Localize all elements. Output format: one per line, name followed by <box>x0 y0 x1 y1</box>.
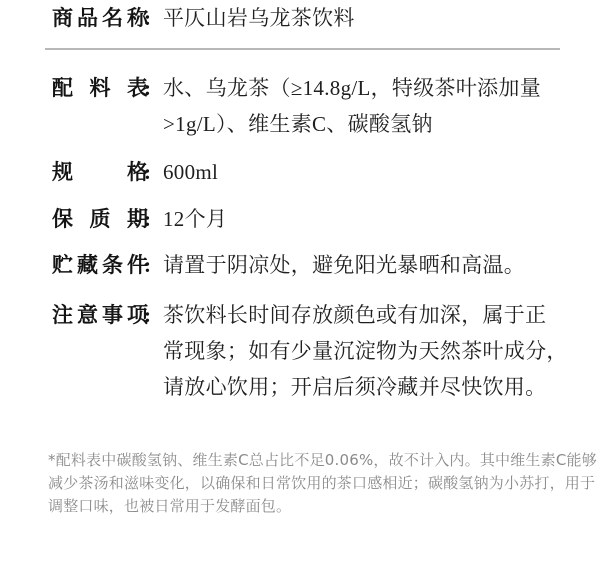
row-label-wrap: 商品名称: <box>52 0 163 36</box>
row-label: 配料表 <box>52 70 148 106</box>
value-line: >1g/L）、维生素C、碳酸氢钠 <box>163 106 560 142</box>
value-line: 常现象；如有少量沉淀物为天然茶叶成分， <box>163 333 568 369</box>
row-label: 规格 <box>52 154 148 190</box>
label-colon: : <box>144 253 151 277</box>
row-label: 商品名称 <box>52 0 148 36</box>
row-value: 12个月 <box>163 201 560 237</box>
spec-row-storage: 贮藏条件: 请置于阴凉处，避免阳光暴晒和高温。 <box>52 247 560 283</box>
footnote-line: 调整口味，也被日常用于发酵面包。 <box>48 495 564 518</box>
spec-row-size: 规格: 600ml <box>52 154 560 190</box>
row-label-wrap: 规格: <box>52 154 163 190</box>
row-value: 平仄山岩乌龙茶饮料 <box>163 0 560 36</box>
row-label-wrap: 配料表: <box>52 70 163 106</box>
value-line: 水、乌龙茶（≥14.8g/L，特级茶叶添加量 <box>163 70 560 106</box>
value-line: 请放心饮用；开启后须冷藏并尽快饮用。 <box>163 369 568 405</box>
footnote-line: *配料表中碳酸氢钠、维生素C总占比不足0.06%，故不计入内。其中维生素C能够 <box>48 449 564 472</box>
row-label-wrap: 贮藏条件: <box>52 247 163 283</box>
section-divider <box>45 48 560 50</box>
footnote-line: 减少茶汤和滋味变化，以确保和日常饮用的茶口感相近；碳酸氢钠为小苏打，用于 <box>48 472 564 495</box>
label-colon: : <box>144 6 151 30</box>
value-line: 12个月 <box>163 201 560 237</box>
value-line: 600ml <box>163 154 560 190</box>
row-value: 请置于阴凉处，避免阳光暴晒和高温。 <box>163 247 560 283</box>
label-colon: : <box>144 160 151 184</box>
value-line: 茶饮料长时间存放颜色或有加深，属于正 <box>163 297 568 333</box>
value-line: 请置于阴凉处，避免阳光暴晒和高温。 <box>163 247 560 283</box>
spec-row-product-name: 商品名称: 平仄山岩乌龙茶饮料 <box>52 0 560 36</box>
spec-row-shelf-life: 保质期: 12个月 <box>52 201 560 237</box>
row-value: 水、乌龙茶（≥14.8g/L，特级茶叶添加量 >1g/L）、维生素C、碳酸氢钠 <box>163 70 560 142</box>
spec-row-ingredients: 配料表: 水、乌龙茶（≥14.8g/L，特级茶叶添加量 >1g/L）、维生素C、… <box>52 70 560 142</box>
row-value: 600ml <box>163 154 560 190</box>
row-value: 茶饮料长时间存放颜色或有加深，属于正 常现象；如有少量沉淀物为天然茶叶成分， 请… <box>163 297 568 405</box>
value-line: 平仄山岩乌龙茶饮料 <box>163 0 560 36</box>
row-label-wrap: 注意事项: <box>52 297 163 333</box>
footnote: *配料表中碳酸氢钠、维生素C总占比不足0.06%，故不计入内。其中维生素C能够 … <box>48 449 564 518</box>
row-label: 贮藏条件 <box>52 247 148 283</box>
row-label: 保质期 <box>52 201 148 237</box>
row-label-wrap: 保质期: <box>52 201 163 237</box>
row-label: 注意事项 <box>52 297 148 333</box>
spec-row-notes: 注意事项: 茶饮料长时间存放颜色或有加深，属于正 常现象；如有少量沉淀物为天然茶… <box>52 297 560 405</box>
label-colon: : <box>144 303 151 327</box>
label-colon: : <box>144 207 151 231</box>
label-colon: : <box>144 76 151 100</box>
product-spec-sheet: 商品名称: 平仄山岩乌龙茶饮料 配料表: 水、乌龙茶（≥14.8g/L，特级茶叶… <box>0 0 600 571</box>
